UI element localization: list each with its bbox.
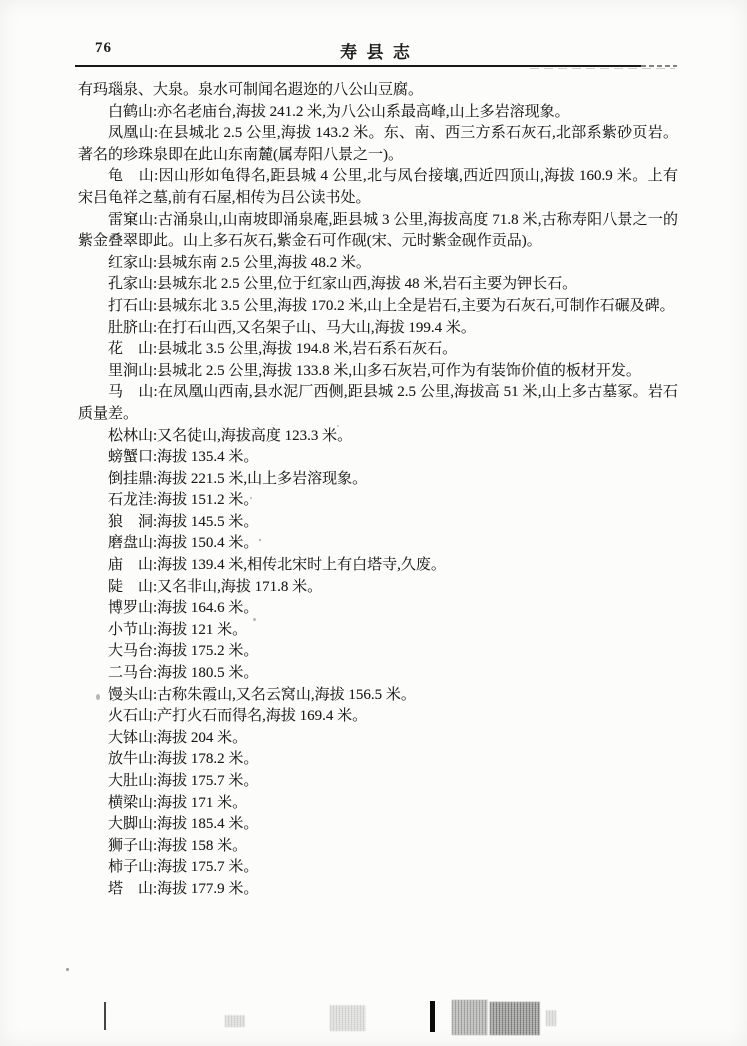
paragraph-xiaojie-shan: 小节山:海拔 121 米。 (78, 620, 678, 642)
paragraph-hengliang-shan: 横梁山:海拔 171 米。 (78, 793, 678, 815)
paragraph-dashi-shan: 打石山:县城东北 3.5 公里,海拔 170.2 米,山上全是岩石,主要为石灰石… (78, 296, 678, 318)
paragraph-dadu-shan: 大肚山:海拔 175.7 米。 (78, 771, 678, 793)
paragraph-boluo-shan: 博罗山:海拔 164.6 米。 (78, 598, 678, 620)
paragraph-dabo-shan: 大钵山:海拔 204 米。 (78, 728, 678, 750)
paragraph-ta-shan: 塔 山:海拔 177.9 米。 (78, 879, 678, 901)
body-text: 有玛瑙泉、大泉。泉水可制闻名遐迩的八公山豆腐。 白鹤山:亦名老庙台,海拔 241… (78, 80, 678, 901)
paragraph-fangniu-shan: 放牛山:海拔 178.2 米。 (78, 749, 678, 771)
paragraph-ma-shan: 马 山:在凤凰山西南,县水泥厂西侧,距县城 2.5 公里,海拔高 51 米,山上… (78, 382, 678, 425)
paragraph-leike-shan: 雷窠山:古涌泉山,山南坡即涌泉庵,距县城 3 公里,海拔高度 71.8 米,古称… (78, 210, 678, 253)
paragraph-duqi-shan: 肚脐山:在打石山西,又名架子山、马大山,海拔 199.4 米。 (78, 318, 678, 340)
header-rule-ghost-line (530, 68, 675, 69)
scan-artifact-smudge (330, 1005, 366, 1031)
paragraph-huoshi-shan: 火石山:产打火石而得名,海拔 169.4 米。 (78, 706, 678, 728)
scan-speck (253, 618, 256, 621)
paragraph-daogua-ding: 倒挂鼎:海拔 221.5 米,山上多岩溶现象。 (78, 469, 678, 491)
paragraph-baihe-shan: 白鹤山:亦名老庙台,海拔 241.2 米,为八公山系最高峰,山上多岩溶现象。 (78, 102, 678, 124)
paragraph-lijian-shan: 里涧山:县城北 2.5 公里,海拔 133.8 米,山多石灰岩,可作为有装饰价值… (78, 361, 678, 383)
header-rule-dashed-tail (641, 65, 677, 67)
paragraph-miao-shan: 庙 山:海拔 139.4 米,相传北宋时上有白塔寺,久废。 (78, 555, 678, 577)
paragraph-mantou-shan: 馒头山:古称朱霞山,又名云窝山,海拔 156.5 米。 (78, 685, 678, 707)
paragraph-hongjia-shan: 红家山:县城东南 2.5 公里,海拔 48.2 米。 (78, 253, 678, 275)
scan-artifact-smudge (225, 1015, 245, 1027)
paragraph-shizi2-shan: 柿子山:海拔 175.7 米。 (78, 857, 678, 879)
book-title: 寿县志 (75, 38, 675, 63)
scan-speck (250, 497, 252, 499)
scan-speck (236, 542, 238, 544)
paragraph-pangxie-kou: 螃蟹口:海拔 135.4 米。 (78, 447, 678, 469)
paragraph-spring-intro: 有玛瑙泉、大泉。泉水可制闻名遐迩的八公山豆腐。 (78, 80, 678, 102)
scan-speck (96, 694, 100, 700)
scan-artifact-smudge (546, 1010, 556, 1026)
scan-artifact-bold-bar (430, 1001, 435, 1032)
scan-artifact-noise-blob (452, 1000, 488, 1035)
paragraph-hua-shan: 花 山:县城北 3.5 公里,海拔 194.8 米,岩石系石灰石。 (78, 339, 678, 361)
scan-artifact-noise-blob (490, 1002, 540, 1035)
paragraph-gui-shan: 龟 山:因山形如龟得名,距县城 4 公里,北与凤台接壤,西近四顶山,海拔 160… (78, 166, 678, 209)
paragraph-damatai: 大马台:海拔 175.2 米。 (78, 641, 678, 663)
scan-artifact-thin-line (104, 1002, 106, 1030)
paragraph-fenghuang-shan: 凤凰山:在县城北 2.5 公里,海拔 143.2 米。东、南、西三方系石灰石,北… (78, 123, 678, 166)
paragraph-lang-dong: 狼 洞:海拔 145.5 米。 (78, 512, 678, 534)
scan-speck (259, 539, 261, 541)
paragraph-songlin-shan: 松林山:又名徒山,海拔高度 123.3 米。 (78, 426, 678, 448)
scan-speck (337, 425, 339, 427)
paragraph-ermatai: 二马台:海拔 180.5 米。 (78, 663, 678, 685)
paragraph-shilong-wa: 石龙洼:海拔 151.2 米。 (78, 490, 678, 512)
paragraph-kongjia-shan: 孔家山:县城东北 2.5 公里,位于红家山西,海拔 48 米,岩石主要为钾长石。 (78, 274, 678, 296)
scanned-book-page: 76 寿县志 有玛瑙泉、大泉。泉水可制闻名遐迩的八公山豆腐。 白鹤山:亦名老庙台… (0, 0, 747, 1046)
paragraph-dajiao-shan: 大脚山:海拔 185.4 米。 (78, 814, 678, 836)
paragraph-mopan-shan: 磨盘山:海拔 150.4 米。 (78, 533, 678, 555)
paragraph-shizi-shan: 狮子山:海拔 158 米。 (78, 836, 678, 858)
scan-speck (66, 968, 69, 971)
paragraph-dou-shan: 陡 山:又名非山,海拔 171.8 米。 (78, 577, 678, 599)
header-rule (75, 65, 641, 67)
